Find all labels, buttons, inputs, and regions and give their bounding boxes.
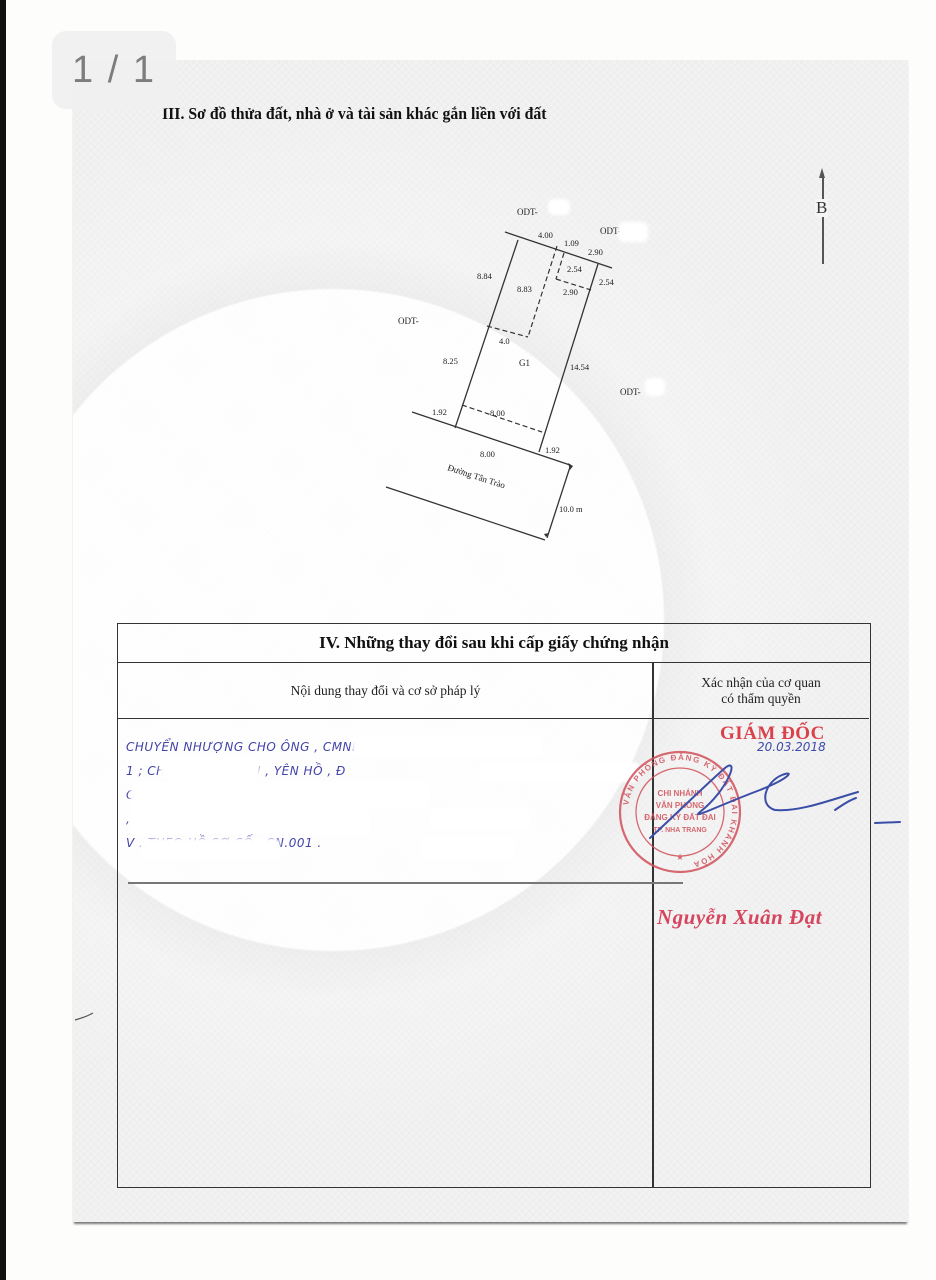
sign-date: 20.03.2018 [757, 740, 826, 754]
column-divider [652, 663, 654, 1187]
redaction-blob [130, 782, 430, 808]
redaction-blob [352, 735, 542, 757]
dim-right-small: 2.54 [599, 277, 615, 287]
entry-underline [128, 882, 683, 884]
redaction-blob [420, 838, 515, 860]
neighbor-label-left: ODT- [398, 316, 419, 326]
redaction-blob [548, 199, 570, 215]
dim-inner-upper: 8.83 [517, 284, 532, 294]
dim-setback-width: 8.00 [490, 408, 505, 418]
dim-setback-left: 1.92 [432, 407, 447, 417]
redaction-blob [430, 808, 530, 830]
dim-left-upper: 8.84 [477, 271, 493, 281]
signer-name: Nguyễn Xuân Đạt [657, 905, 822, 930]
dim-right-side: 14.54 [570, 362, 590, 372]
dim-inner-small-side: 2.54 [567, 264, 583, 274]
redaction-blob [480, 762, 640, 782]
dim-top-left: 4.00 [538, 230, 553, 240]
dim-inner-width: 4.0 [499, 336, 510, 346]
dim-setback-right: 1.92 [545, 445, 560, 455]
page-counter: 1 / 1 [52, 31, 176, 109]
dim-front-width: 8.00 [480, 449, 495, 459]
road-width: 10.0 m [559, 504, 583, 514]
redaction-blob [618, 222, 648, 242]
redaction-blob [160, 758, 260, 780]
confirm-header-line2: có thẩm quyền [701, 691, 821, 707]
neighbor-label-top: ODT- [517, 207, 538, 217]
neighbor-label-right: ODT- [620, 387, 641, 397]
column-header-confirm: Xác nhận của cơ quan có thẩm quyền [653, 663, 869, 719]
dim-top-right: 2.90 [588, 247, 603, 257]
dim-inner-small-bottom: 2.90 [563, 287, 578, 297]
dim-left-lower: 8.25 [443, 356, 458, 366]
parcel-label: G1 [519, 358, 530, 368]
confirm-header-line1: Xác nhận của cơ quan [701, 675, 821, 691]
north-label: B [815, 199, 828, 217]
dim-top-mid: 1.09 [564, 238, 579, 248]
column-header-content: Nội dung thay đổi và cơ sở pháp lý [118, 663, 653, 719]
redaction-blob [130, 808, 370, 834]
section4-title: IV. Những thay đổi sau khi cấp giấy chứn… [118, 624, 870, 663]
redaction-blob [140, 838, 280, 860]
redaction-blob [645, 378, 665, 396]
road-name: Đường Tân Trào [446, 462, 507, 490]
north-arrow-tip [544, 463, 573, 537]
